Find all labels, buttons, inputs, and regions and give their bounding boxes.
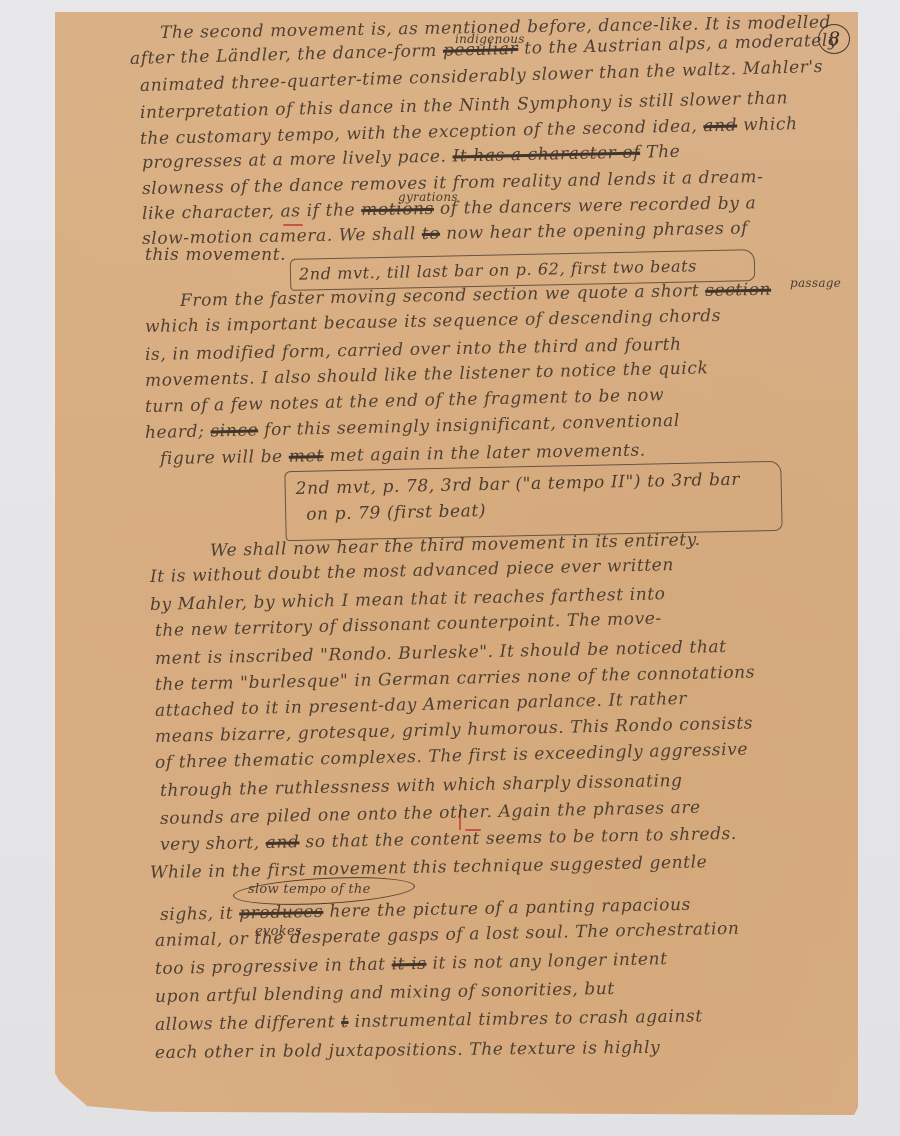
struck-word: and (703, 115, 737, 136)
struck-word: and (265, 832, 299, 853)
struck-phrase: It has a character of (452, 143, 640, 167)
struck-word: t (341, 1012, 349, 1032)
struck-word: motions (361, 199, 434, 220)
struck-word: met (289, 446, 324, 467)
struck-word: to (422, 224, 441, 244)
struck-word: since (210, 420, 258, 441)
insertion-slow-tempo: slow tempo of the (248, 882, 371, 897)
struck-word: produces (239, 902, 324, 924)
struck-word: it is (391, 954, 426, 975)
struck-word: peculiar (443, 39, 519, 61)
struck-word: section (705, 280, 771, 301)
